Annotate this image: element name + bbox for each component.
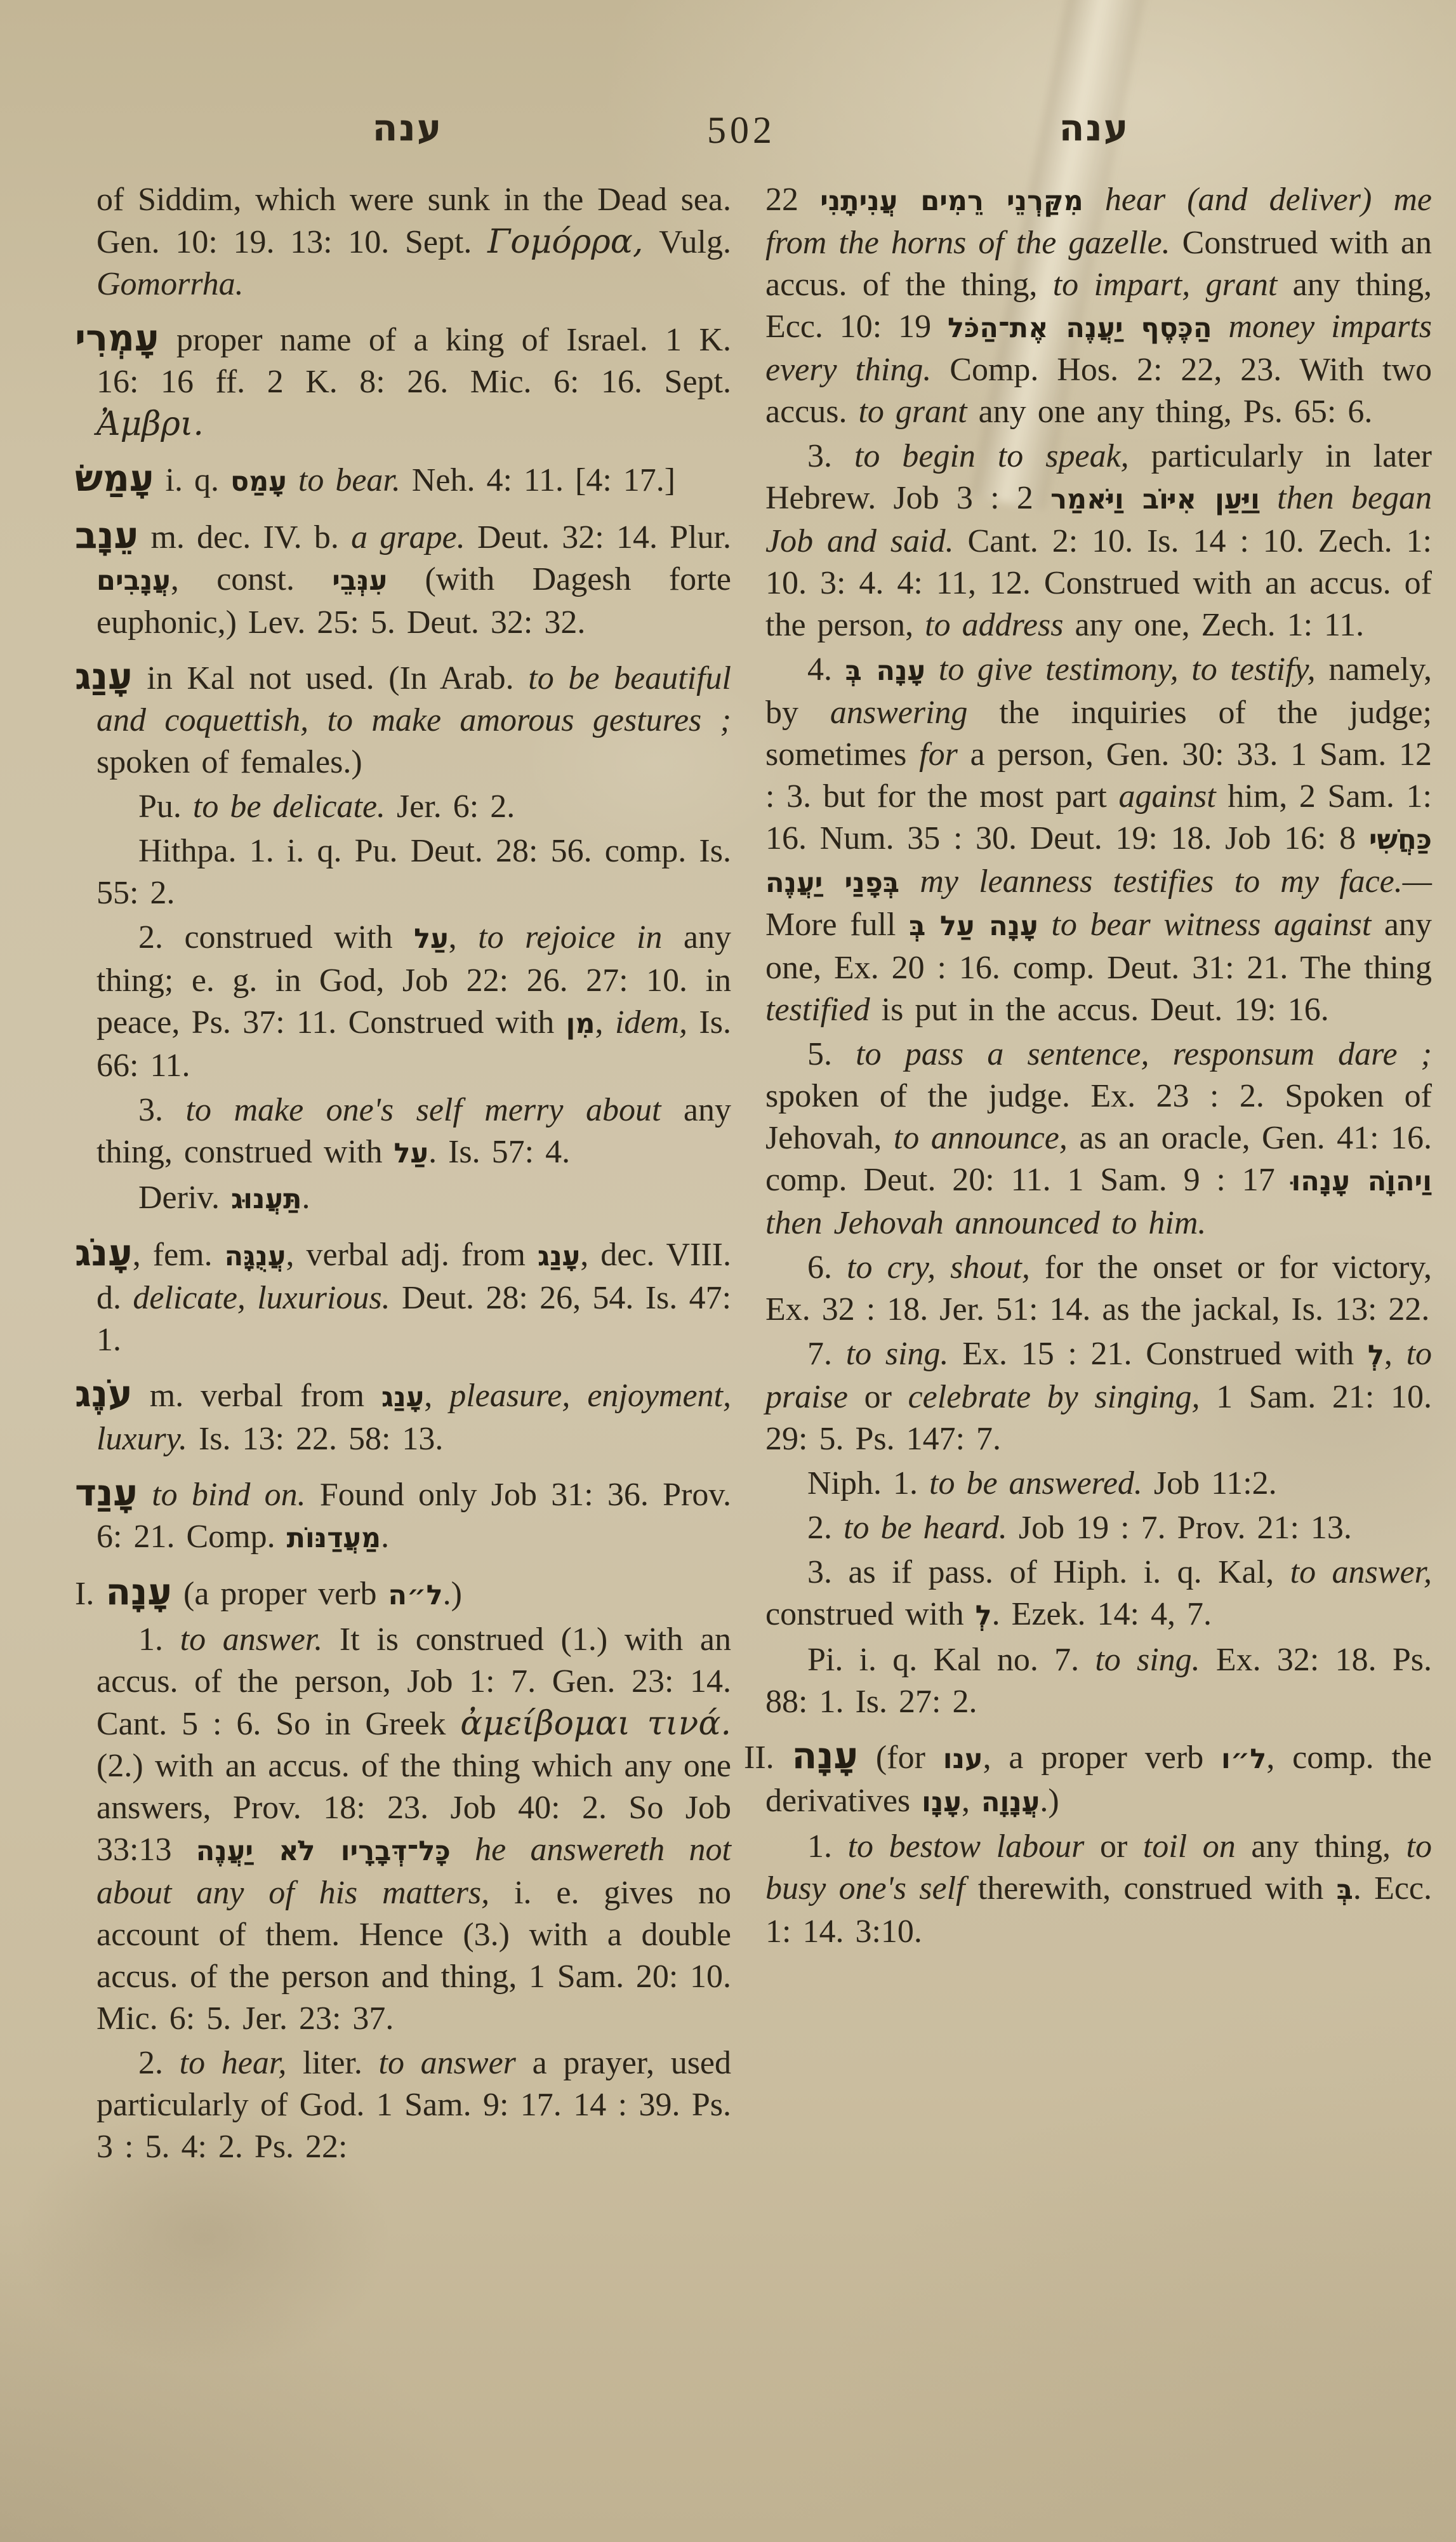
italic-text: to answer,	[1290, 1554, 1432, 1590]
paragraph: 5. to pass a sentence, responsum dare ; …	[765, 1034, 1432, 1244]
hebrew-inline-word: עֲנָוָה	[981, 1787, 1040, 1818]
text-run: (for	[858, 1740, 943, 1776]
italic-text: to impart, grant	[1053, 267, 1278, 303]
hebrew-headword: עָמַשׂ	[75, 456, 154, 500]
page-number: 502	[707, 109, 776, 151]
text-run: I.	[75, 1576, 105, 1612]
italic-text: to announce,	[894, 1120, 1068, 1156]
hebrew-headword: עָמְרִי	[75, 316, 159, 359]
entry-paragraph: עֵנָב m. dec. IV. b. a grape. Deut. 32: …	[96, 514, 731, 644]
italic-text: testified	[765, 992, 870, 1028]
paragraph: 6. to cry, shout, for the onset or for v…	[765, 1247, 1432, 1331]
text-run	[899, 863, 920, 900]
italic-text: to be answered.	[929, 1465, 1142, 1501]
italic-text: to begin to speak,	[854, 438, 1129, 474]
italic-text: idem,	[615, 1004, 687, 1041]
greek-text: Γομόρρα,	[487, 223, 643, 261]
hebrew-inline-word: בְּ	[1337, 1874, 1353, 1906]
text-run: (a proper verb	[172, 1576, 388, 1612]
paragraph: 3. to begin to speak, particularly in la…	[765, 436, 1432, 646]
text-run: Deriv.	[138, 1180, 231, 1216]
text-run: ,	[962, 1783, 981, 1819]
text-run: . Is. 57: 4.	[428, 1134, 570, 1170]
hebrew-inline-word: עֲנָבִים	[96, 565, 171, 597]
paragraph: 3. to make one's self merry about any th…	[96, 1089, 731, 1175]
text-run: Neh. 4: 11. [4: 17.]	[400, 462, 675, 498]
text-run: m. verbal from	[133, 1378, 381, 1414]
hebrew-inline-word: עָנָה בְּ	[845, 655, 925, 687]
text-run: II.	[744, 1740, 791, 1776]
running-head-right: ענה	[1059, 107, 1130, 149]
hebrew-inline-word: עָנָו	[922, 1787, 962, 1818]
text-run: ,	[449, 919, 478, 955]
paragraph: Pu. to be delicate. Jer. 6: 2.	[96, 786, 731, 828]
hebrew-inline-word: לְ	[976, 1600, 992, 1632]
text-run: 4.	[807, 651, 845, 688]
paragraph: 2. construed with עַל, to rejoice in any…	[96, 917, 731, 1087]
hebrew-inline-word: מִן	[566, 1008, 595, 1040]
paragraph: 4. עָנָה בְּ to give testimony, to testi…	[765, 649, 1432, 1031]
hebrew-inline-word: כָּל־דְּבָרָיו לֹא יַעֲנֶה	[196, 1835, 451, 1867]
italic-text: toil on	[1143, 1828, 1236, 1865]
text-run	[138, 1477, 152, 1513]
text-run: 1.	[138, 1621, 180, 1658]
hebrew-inline-word: עֲנֻגָּה	[225, 1241, 286, 1272]
entry-paragraph: עָנֹג, fem. עֲנֻגָּה, verbal adj. from ע…	[96, 1232, 731, 1361]
italic-text: to rejoice in	[478, 919, 662, 955]
text-run: proper name of a king of Israel. 1 K. 16…	[96, 322, 731, 400]
italic-text: to answer.	[180, 1621, 323, 1658]
hebrew-inline-word: תַּעֲנוּג	[231, 1183, 301, 1215]
italic-text: celebrate by singing,	[908, 1379, 1200, 1415]
italic-text: to address	[925, 607, 1063, 643]
italic-text: for	[919, 736, 958, 773]
italic-text: against	[1119, 778, 1216, 815]
italic-text: to be delicate.	[193, 789, 385, 825]
entry-paragraph: II. עָנָה (for ענו, a proper verb ל״ו, c…	[765, 1734, 1432, 1823]
paragraph: 2. to hear, liter. to answer a prayer, u…	[96, 2042, 731, 2168]
hebrew-headword: עָנָה	[105, 1570, 172, 1613]
text-run: any one any thing, Ps. 65: 6.	[967, 394, 1373, 430]
left-column: of Siddim, which were sunk in the Dead s…	[96, 179, 731, 2168]
text-run	[925, 651, 939, 688]
text-run: 5.	[807, 1036, 856, 1072]
hebrew-headword: עָנַג	[75, 655, 133, 698]
italic-text: to give testimony, to testify,	[939, 651, 1316, 688]
italic-text: to bear.	[298, 462, 400, 498]
italic-text: to make one's self merry about	[186, 1092, 661, 1128]
greek-text: Ἀμβρι.	[96, 405, 204, 443]
text-run: Job 19 : 7. Prov. 21: 13.	[1007, 1510, 1352, 1546]
paragraph: 2. to be heard. Job 19 : 7. Prov. 21: 13…	[765, 1507, 1432, 1549]
text-run: 3.	[807, 438, 854, 474]
paragraph: Pi. i. q. Kal no. 7. to sing. Ex. 32: 18…	[765, 1639, 1432, 1723]
hebrew-inline-word: עָמַס	[230, 466, 287, 498]
italic-text: then Jehovah announced to him.	[765, 1205, 1206, 1241]
text-run: , a proper verb	[983, 1740, 1221, 1776]
text-run	[1083, 182, 1105, 218]
hebrew-inline-word: מַעֲדַנּוֹת	[287, 1522, 381, 1554]
text-run: liter.	[286, 2045, 378, 2081]
hebrew-headword: עֵנָב	[75, 514, 138, 557]
text-run: , fem.	[133, 1237, 225, 1273]
italic-text: to bind on.	[152, 1477, 305, 1513]
text-run: in Kal not used. (In Arab.	[133, 660, 529, 696]
italic-text: to bear witness against	[1051, 907, 1371, 943]
entry-paragraph: עֹנֶג m. verbal from עָנַג, pleasure, en…	[96, 1373, 731, 1460]
text-run: i. q.	[154, 462, 230, 498]
hebrew-inline-word: ל״ו	[1221, 1743, 1266, 1775]
text-run: Pu.	[138, 789, 193, 825]
hebrew-headword: עָנָה	[791, 1734, 858, 1777]
italic-text: delicate, luxurious.	[133, 1280, 390, 1316]
paragraph: Deriv. תַּעֲנוּג.	[96, 1177, 731, 1220]
text-run: 22	[765, 182, 820, 218]
italic-text: to cry, shout,	[847, 1249, 1030, 1286]
text-run: Job 11:2.	[1142, 1465, 1277, 1501]
text-run: .	[381, 1519, 389, 1555]
text-run	[1038, 907, 1052, 943]
hebrew-headword: עָנַד	[75, 1471, 138, 1514]
paragraph: 3. as if pass. of Hiph. i. q. Kal, to an…	[765, 1552, 1432, 1637]
right-column: 22 מִקַּרְנֵי רֵמִים עֲנִיתָנִי hear (an…	[765, 179, 1432, 1953]
text-run: Jer. 6: 2.	[385, 789, 515, 825]
italic-text: to pass a sentence, responsum dare ;	[856, 1036, 1432, 1072]
text-run: 1.	[807, 1828, 848, 1865]
text-run: is put in the accus. Deut. 19: 16.	[870, 992, 1329, 1028]
hebrew-inline-word: עָנַג	[538, 1241, 580, 1272]
paragraph: 1. to answer. It is construed (1.) with …	[96, 1619, 731, 2040]
italic-text: to sing.	[846, 1336, 949, 1372]
text-run: any thing,	[1236, 1828, 1406, 1865]
hebrew-inline-word: עַל	[394, 1138, 429, 1169]
hebrew-inline-word: לְ	[1368, 1340, 1384, 1371]
entry-paragraph: I. עָנָה (a proper verb ל״ה.)	[96, 1571, 731, 1616]
text-run: construed with	[765, 1596, 976, 1632]
hebrew-headword: עֹנֶג	[75, 1372, 133, 1415]
greek-text: ἀμείβομαι τινά.	[460, 1705, 731, 1743]
text-run: Is. 13: 22. 58: 13.	[187, 1421, 443, 1457]
entry-paragraph: עָמַשׂ i. q. עָמַס to bear. Neh. 4: 11. …	[96, 457, 731, 503]
italic-text: to grant	[858, 394, 967, 430]
hebrew-inline-word: ענו	[943, 1743, 983, 1775]
hebrew-inline-word: עָנַג	[381, 1381, 424, 1413]
text-run	[451, 1832, 475, 1868]
text-run: 7.	[807, 1336, 846, 1372]
entry-paragraph: עָמְרִי proper name of a king of Israel.…	[96, 317, 731, 446]
text-run: 3. as if pass. of Hiph. i. q. Kal,	[807, 1554, 1290, 1590]
lexicon-page: ענה 502 ענה of Siddim, which were sunk i…	[0, 0, 1456, 2542]
entry-paragraph: עָנַד to bind on. Found only Job 31: 36.…	[96, 1472, 731, 1559]
hebrew-inline-word: הַכֶּסֶף יַעֲנֶה אֶת־הַכֹּל	[948, 312, 1212, 344]
text-run: or	[1084, 1828, 1143, 1865]
hebrew-inline-word: ל״ה	[388, 1580, 443, 1611]
text-run	[287, 462, 298, 498]
text-run: ,	[1384, 1336, 1406, 1372]
hebrew-inline-word: עַל	[414, 923, 449, 955]
text-run: Deut. 32: 14. Plur.	[465, 519, 731, 556]
text-run: 3.	[138, 1092, 186, 1128]
text-run: 6.	[807, 1249, 847, 1286]
hebrew-inline-word: עָנָה עַל בְּ	[909, 910, 1038, 942]
text-run: , verbal adj. from	[286, 1237, 538, 1273]
text-run: .)	[443, 1576, 462, 1612]
italic-text: to sing.	[1095, 1642, 1200, 1678]
text-run	[1260, 480, 1277, 516]
text-run: ,	[424, 1378, 449, 1414]
italic-text: to answer	[379, 2045, 516, 2081]
text-run: . Ezek. 14: 4, 7.	[992, 1596, 1212, 1632]
text-run: 2.	[807, 1510, 844, 1546]
text-run: 2.	[138, 2045, 180, 2081]
text-run: or	[848, 1379, 908, 1415]
paragraph: Niph. 1. to be answered. Job 11:2.	[765, 1463, 1432, 1505]
text-run: therewith, construed with	[965, 1870, 1337, 1906]
italic-text: to bestow labour	[848, 1828, 1085, 1865]
text-run: 2. construed with	[138, 919, 414, 955]
entry-paragraph: עָנַג in Kal not used. (In Arab. to be b…	[96, 655, 731, 783]
text-run: m. dec. IV. b.	[138, 519, 351, 556]
italic-text: a grape.	[351, 519, 465, 556]
paragraph: 1. to bestow labour or toil on any thing…	[765, 1826, 1432, 1953]
text-run: .	[301, 1180, 310, 1216]
paragraph: 7. to sing. Ex. 15 : 21. Construed with …	[765, 1333, 1432, 1460]
running-head-left: ענה	[373, 107, 443, 149]
italic-text: to hear,	[180, 2045, 287, 2081]
italic-text: to be heard.	[844, 1510, 1007, 1546]
hebrew-inline-word: מִקַּרְנֵי רֵמִים עֲנִיתָנִי	[820, 185, 1083, 217]
text-run: , const.	[171, 561, 332, 597]
text-run: Pi. i. q. Kal no. 7.	[807, 1642, 1095, 1678]
text-run: .)	[1040, 1783, 1059, 1819]
text-run: ,	[595, 1004, 615, 1041]
text-run: spoken of females.)	[96, 744, 362, 780]
hebrew-inline-word: עִנְּבֵי	[332, 565, 387, 597]
hebrew-headword: עָנֹג	[75, 1231, 133, 1274]
text-run	[1212, 309, 1229, 345]
text-run: Ex. 15 : 21. Construed with	[949, 1336, 1368, 1372]
paragraph: of Siddim, which were sunk in the Dead s…	[96, 179, 731, 305]
text-run: Niph. 1.	[807, 1465, 929, 1501]
hebrew-inline-word: וַיַּעַן אִיּוֹב וַיֹּאמַר	[1050, 484, 1260, 516]
text-run: More full	[765, 907, 909, 943]
italic-text: my leanness testifies to my face.—	[920, 863, 1432, 900]
text-run: any one, Zech. 1: 11.	[1063, 607, 1364, 643]
paragraph: 22 מִקַּרְנֵי רֵמִים עֲנִיתָנִי hear (an…	[765, 179, 1432, 433]
text-run: Vulg.	[643, 224, 731, 260]
italic-text: Gomorrha.	[96, 266, 244, 302]
hebrew-inline-word: וַיהוָֹה עָנָהוּ	[1292, 1166, 1432, 1197]
paragraph: Hithpa. 1. i. q. Pu. Deut. 28: 56. comp.…	[96, 830, 731, 914]
text-run: Hithpa. 1. i. q. Pu. Deut. 28: 56. comp.…	[96, 833, 731, 911]
italic-text: answering	[830, 695, 968, 731]
